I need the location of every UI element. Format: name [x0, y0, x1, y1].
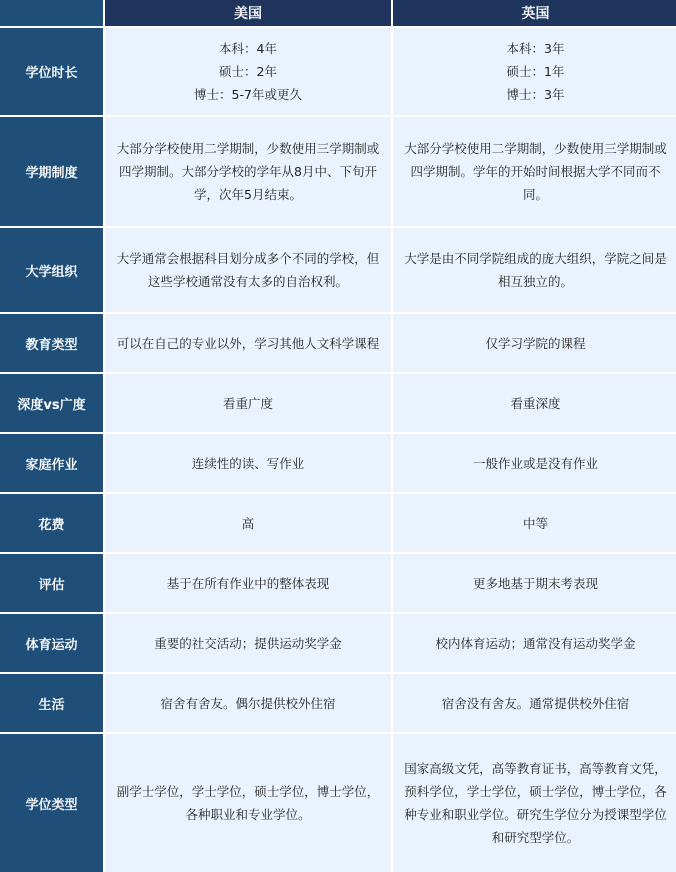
usa-homework: 连续性的读、写作业 — [105, 434, 391, 492]
uk-sports: 校内体育运动；通常没有运动奖学金 — [393, 614, 676, 672]
uk-cost: 中等 — [393, 494, 676, 552]
uk-living: 宿舍没有舍友。通常提供校外住宿 — [393, 674, 676, 732]
corner-cell — [0, 0, 103, 26]
uk-master-duration: 硕士：1年 — [507, 60, 565, 83]
usa-sports: 重要的社交活动；提供运动奖学金 — [105, 614, 391, 672]
uk-term-system: 大部分学校使用二学期制，少数使用三学期制或四学期制。学年的开始时间根据大学不同而… — [393, 117, 676, 226]
usa-degree-types: 副学士学位，学士学位，硕士学位，博士学位，各种职业和专业学位。 — [105, 734, 391, 872]
uk-university-structure: 大学是由不同学院组成的庞大组织，学院之间是相互独立的。 — [393, 228, 676, 312]
usa-master-duration: 硕士：2年 — [219, 60, 277, 83]
uk-homework: 一般作业或是没有作业 — [393, 434, 676, 492]
uk-education-type: 仅学习学院的课程 — [393, 314, 676, 372]
row-label-term-system: 学期制度 — [0, 117, 103, 226]
uk-depth-vs-breadth: 看重深度 — [393, 374, 676, 432]
row-label-cost: 花费 — [0, 494, 103, 552]
row-label-living: 生活 — [0, 674, 103, 732]
usa-depth-vs-breadth: 看重广度 — [105, 374, 391, 432]
comparison-table: 美国 英国 学位时长 本科：4年 硕士：2年 博士：5-7年或更久 本科：3年 … — [0, 0, 676, 872]
uk-degree-types: 国家高级文凭，高等教育证书，高等教育文凭，预科学位，学士学位，硕士学位，博士学位… — [393, 734, 676, 872]
row-label-university-structure: 大学组织 — [0, 228, 103, 312]
row-label-assessment: 评估 — [0, 554, 103, 612]
row-label-sports: 体育运动 — [0, 614, 103, 672]
usa-living: 宿舍有舍友。偶尔提供校外住宿 — [105, 674, 391, 732]
uk-assessment: 更多地基于期末考表现 — [393, 554, 676, 612]
uk-degree-duration: 本科：3年 硕士：1年 博士：3年 — [393, 28, 676, 115]
usa-degree-duration: 本科：4年 硕士：2年 博士：5-7年或更久 — [105, 28, 391, 115]
usa-cost: 高 — [105, 494, 391, 552]
usa-phd-duration: 博士：5-7年或更久 — [194, 83, 302, 106]
usa-education-type: 可以在自己的专业以外，学习其他人文科学课程 — [105, 314, 391, 372]
row-label-depth-vs-breadth: 深度vs广度 — [0, 374, 103, 432]
uk-bachelor-duration: 本科：3年 — [507, 37, 565, 60]
uk-phd-duration: 博士：3年 — [507, 83, 565, 106]
column-header-usa: 美国 — [105, 0, 391, 26]
row-label-degree-types: 学位类型 — [0, 734, 103, 872]
row-label-degree-duration: 学位时长 — [0, 28, 103, 115]
column-header-uk: 英国 — [393, 0, 676, 26]
usa-bachelor-duration: 本科：4年 — [219, 37, 277, 60]
usa-assessment: 基于在所有作业中的整体表现 — [105, 554, 391, 612]
row-label-homework: 家庭作业 — [0, 434, 103, 492]
row-label-education-type: 教育类型 — [0, 314, 103, 372]
usa-university-structure: 大学通常会根据科目划分成多个不同的学校，但这些学校通常没有太多的自治权利。 — [105, 228, 391, 312]
usa-term-system: 大部分学校使用二学期制，少数使用三学期制或四学期制。大部分学校的学年从8月中、下… — [105, 117, 391, 226]
